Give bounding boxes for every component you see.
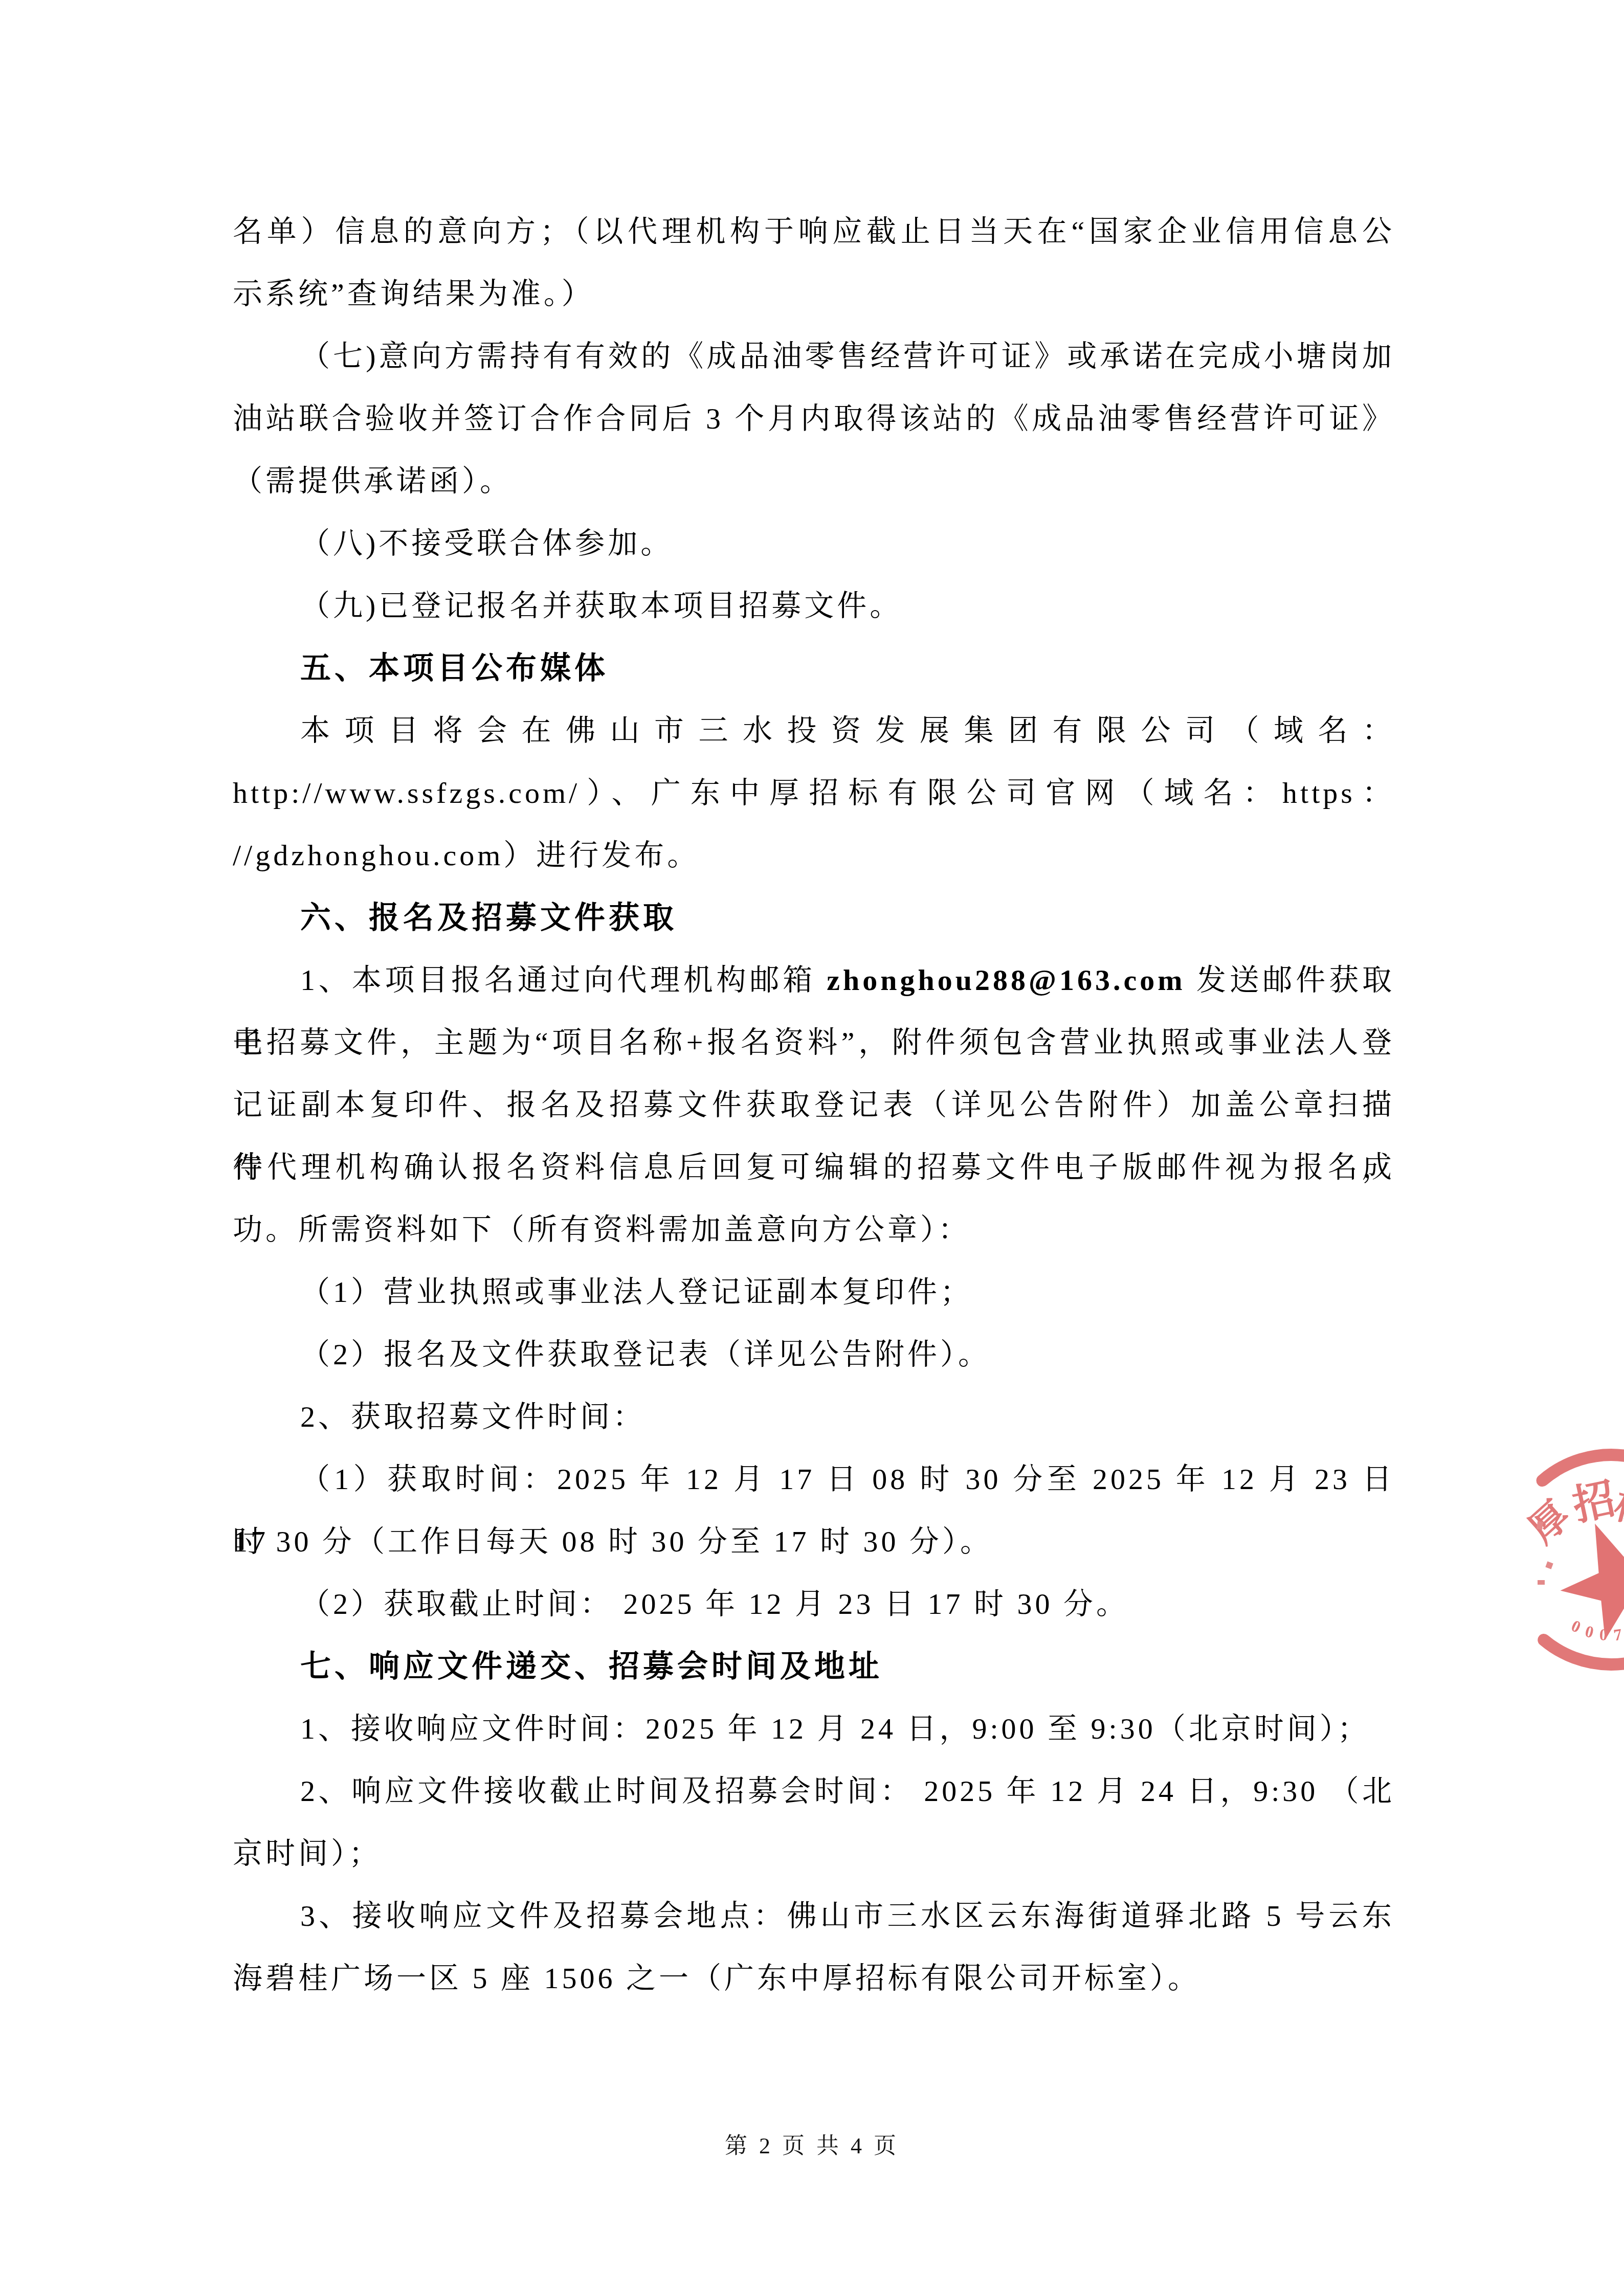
text-line: 1、接收响应文件时间：2025 年 12 月 24 日，9:00 至 9:30（… (233, 1698, 1395, 1760)
text-line: 名单）信息的意向方；（以代理机构于响应截止日当天在“国家企业信用信息公 (233, 200, 1395, 263)
stamp-ink-speck (1537, 1521, 1543, 1529)
text-line: （2）获取截止时间： 2025 年 12 月 23 日 17 时 30 分。 (233, 1573, 1395, 1635)
document-body: 名单）信息的意向方；（以代理机构于响应截止日当天在“国家企业信用信息公 示系统”… (233, 200, 1395, 2010)
section-heading-6: 六、报名及招募文件获取 (233, 887, 1395, 949)
text-line: （1）营业执照或事业法人登记证副本复印件； (233, 1261, 1395, 1323)
stamp-ink-speck (1538, 1580, 1545, 1585)
text-line: 3、接收响应文件及招募会地点：佛山市三水区云东海街道驿北路 5 号云东 (233, 1885, 1395, 1947)
text-line: 本项目将会在佛山市三水投资发展集团有限公司（域名： (233, 700, 1395, 762)
text-line: （1）获取时间：2025 年 12 月 17 日 08 时 30 分至 2025… (233, 1448, 1395, 1511)
text-line: （七)意向方需持有有效的《成品油零售经营许可证》或承诺在完成小塘岗加 (233, 325, 1395, 388)
section-heading-7: 七、响应文件递交、招募会时间及地址 (233, 1635, 1395, 1698)
text-line: 时 30 分（工作日每天 08 时 30 分至 17 时 30 分）。 (233, 1511, 1395, 1573)
text-line: 京时间）； (233, 1822, 1395, 1885)
agency-email: zhonghou288@163.com (827, 963, 1185, 997)
text-segment: 1、本项目报名通过向代理机构邮箱 (300, 963, 827, 997)
text-line: 2、响应文件接收截止时间及招募会时间： 2025 年 12 月 24 日，9:3… (233, 1760, 1395, 1822)
official-stamp: 厚 招 标 00070 (1509, 1411, 1624, 1708)
stamp-char: 厚 (1521, 1494, 1578, 1551)
text-line: 示系统”查询结果为准。） (233, 263, 1395, 325)
stamp-ring-bottom-arc (1544, 1640, 1624, 1664)
text-line: 功。所需资料如下（所有资料需加盖意向方公章）： (233, 1199, 1395, 1261)
text-line: 2、获取招募文件时间： (233, 1386, 1395, 1448)
text-line: 记证副本复印件、报名及招募文件获取登记表（详见公告附件）加盖公章扫描件， (233, 1074, 1395, 1136)
text-line: （需提供承诺函）。 (233, 450, 1395, 512)
text-line: http://www.ssfzgs.com/）、广东中厚招标有限公司官网（域名：… (233, 762, 1395, 824)
stamp-char: 招 (1569, 1475, 1619, 1529)
text-line: 子招募文件，主题为“项目名称+报名资料”，附件须包含营业执照或事业法人登 (233, 1011, 1395, 1074)
text-line: （2）报名及文件获取登记表（详见公告附件）。 (233, 1323, 1395, 1386)
text-line: 1、本项目报名通过向代理机构邮箱 zhonghou288@163.com 发送邮… (233, 949, 1395, 1011)
section-heading-5: 五、本项目公布媒体 (233, 637, 1395, 700)
text-line: 海碧桂广场一区 5 座 1506 之一（广东中厚招标有限公司开标室）。 (233, 1947, 1395, 2010)
text-line: //gdzhonghou.com）进行发布。 (233, 824, 1395, 887)
document-page: 名单）信息的意向方；（以代理机构于响应截止日当天在“国家企业信用信息公 示系统”… (0, 0, 1624, 2296)
text-line: （八)不接受联合体参加。 (233, 512, 1395, 575)
stamp-char: 标 (1610, 1482, 1624, 1535)
text-line: 待代理机构确认报名资料信息后回复可编辑的招募文件电子版邮件视为报名成 (233, 1136, 1395, 1199)
stamp-ink-speck (1545, 1561, 1553, 1569)
stamp-star-icon (1561, 1524, 1624, 1640)
text-line: （九)已登记报名并获取本项目招募文件。 (233, 575, 1395, 637)
stamp-serial: 00070 (1569, 1616, 1624, 1645)
text-line: 油站联合验收并签订合作合同后 3 个月内取得该站的《成品油零售经营许可证》 (233, 388, 1395, 450)
stamp-ring-top-arc (1543, 1455, 1624, 1507)
page-footer: 第 2 页 共 4 页 (0, 2127, 1624, 2160)
